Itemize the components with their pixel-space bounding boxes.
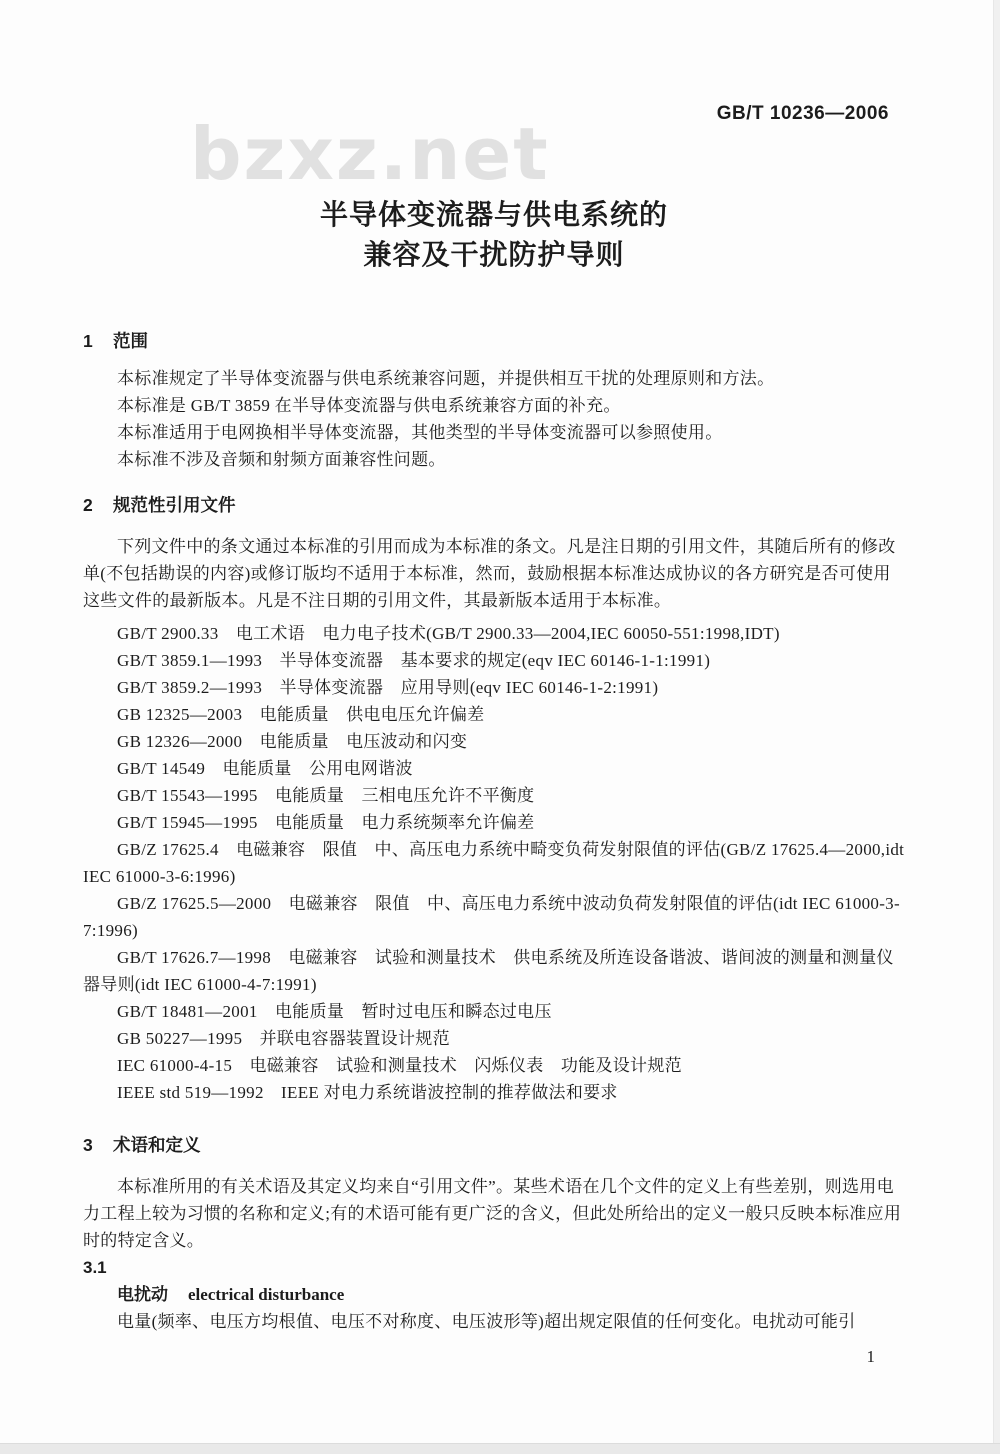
page-number: 1	[83, 1343, 905, 1370]
reference-item: GB/T 15543—1995 电能质量 三相电压允许不平衡度	[83, 782, 905, 809]
clause-2-title: 规范性引用文件	[113, 495, 236, 515]
reference-item: GB 12326—2000 电能质量 电压波动和闪变	[83, 728, 905, 755]
clause-2-heading: 2规范性引用文件	[83, 493, 905, 517]
clause-2-number: 2	[83, 493, 113, 517]
term-line: 电扰动electrical disturbance	[83, 1281, 905, 1308]
clause-1-heading: 1范围	[83, 329, 905, 353]
document-page: bzxz.net GB/T 10236—2006 半导体变流器与供电系统的 兼容…	[0, 0, 1000, 1454]
clause-3-heading: 3术语和定义	[83, 1133, 905, 1157]
term-definition: 电量(频率、电压方均根值、电压不对称度、电压波形等)超出规定限值的任何变化。电扰…	[83, 1308, 905, 1335]
reference-item: GB/T 3859.1—1993 半导体变流器 基本要求的规定(eqv IEC …	[83, 647, 905, 674]
reference-item: GB/Z 17625.4 电磁兼容 限值 中、高压电力系统中畸变负荷发射限值的评…	[83, 836, 905, 890]
clause-3-number: 3	[83, 1133, 113, 1157]
reference-item: IEEE std 519—1992 IEEE 对电力系统谐波控制的推荐做法和要求	[83, 1079, 905, 1106]
reference-item: GB/T 3859.2—1993 半导体变流器 应用导则(eqv IEC 601…	[83, 674, 905, 701]
paragraph: 本标准规定了半导体变流器与供电系统兼容问题，并提供相互干扰的处理原则和方法。	[83, 365, 905, 392]
reference-item: GB/Z 17625.5—2000 电磁兼容 限值 中、高压电力系统中波动负荷发…	[83, 890, 905, 944]
term-chinese: 电扰动	[117, 1285, 168, 1304]
paragraph: 下列文件中的条文通过本标准的引用而成为本标准的条文。凡是注日期的引用文件，其随后…	[83, 533, 905, 614]
reference-item: GB/T 14549 电能质量 公用电网谐波	[83, 755, 905, 782]
reference-item: GB/T 18481—2001 电能质量 暂时过电压和瞬态过电压	[83, 998, 905, 1025]
scan-edge-bottom	[0, 1443, 1000, 1454]
clause-1-title: 范围	[113, 331, 148, 351]
clause-3-body: 本标准所用的有关术语及其定义均来自“引用文件”。某些术语在几个文件的定义上有些差…	[83, 1173, 905, 1254]
clause-1-number: 1	[83, 329, 113, 353]
reference-item: GB/T 17626.7—1998 电磁兼容 试验和测量技术 供电系统及所连设备…	[83, 944, 905, 998]
scan-edge-right	[993, 0, 1000, 1454]
subclause-number: 3.1	[83, 1254, 905, 1281]
page-content: GB/T 10236—2006 半导体变流器与供电系统的 兼容及干扰防护导则 1…	[83, 0, 905, 1370]
document-title-line2: 兼容及干扰防护导则	[83, 235, 905, 275]
term-english: electrical disturbance	[188, 1285, 344, 1304]
reference-item: GB 50227—1995 并联电容器装置设计规范	[83, 1025, 905, 1052]
reference-item: GB/T 15945—1995 电能质量 电力系统频率允许偏差	[83, 809, 905, 836]
clause-1-body: 本标准规定了半导体变流器与供电系统兼容问题，并提供相互干扰的处理原则和方法。 本…	[83, 365, 905, 473]
reference-item: IEC 61000-4-15 电磁兼容 试验和测量技术 闪烁仪表 功能及设计规范	[83, 1052, 905, 1079]
paragraph: 本标准适用于电网换相半导体变流器，其他类型的半导体变流器可以参照使用。	[83, 419, 905, 446]
reference-list: GB/T 2900.33 电工术语 电力电子技术(GB/T 2900.33—20…	[83, 620, 905, 1106]
paragraph: 本标准所用的有关术语及其定义均来自“引用文件”。某些术语在几个文件的定义上有些差…	[83, 1173, 905, 1254]
paragraph: 本标准是 GB/T 3859 在半导体变流器与供电系统兼容方面的补充。	[83, 392, 905, 419]
document-title: 半导体变流器与供电系统的 兼容及干扰防护导则	[83, 195, 905, 275]
reference-item: GB 12325—2003 电能质量 供电电压允许偏差	[83, 701, 905, 728]
standard-number: GB/T 10236—2006	[83, 102, 905, 125]
clause-2-intro: 下列文件中的条文通过本标准的引用而成为本标准的条文。凡是注日期的引用文件，其随后…	[83, 533, 905, 614]
paragraph: 本标准不涉及音频和射频方面兼容性问题。	[83, 446, 905, 473]
document-title-line1: 半导体变流器与供电系统的	[83, 195, 905, 235]
reference-item: GB/T 2900.33 电工术语 电力电子技术(GB/T 2900.33—20…	[83, 620, 905, 647]
clause-3-title: 术语和定义	[113, 1135, 201, 1155]
